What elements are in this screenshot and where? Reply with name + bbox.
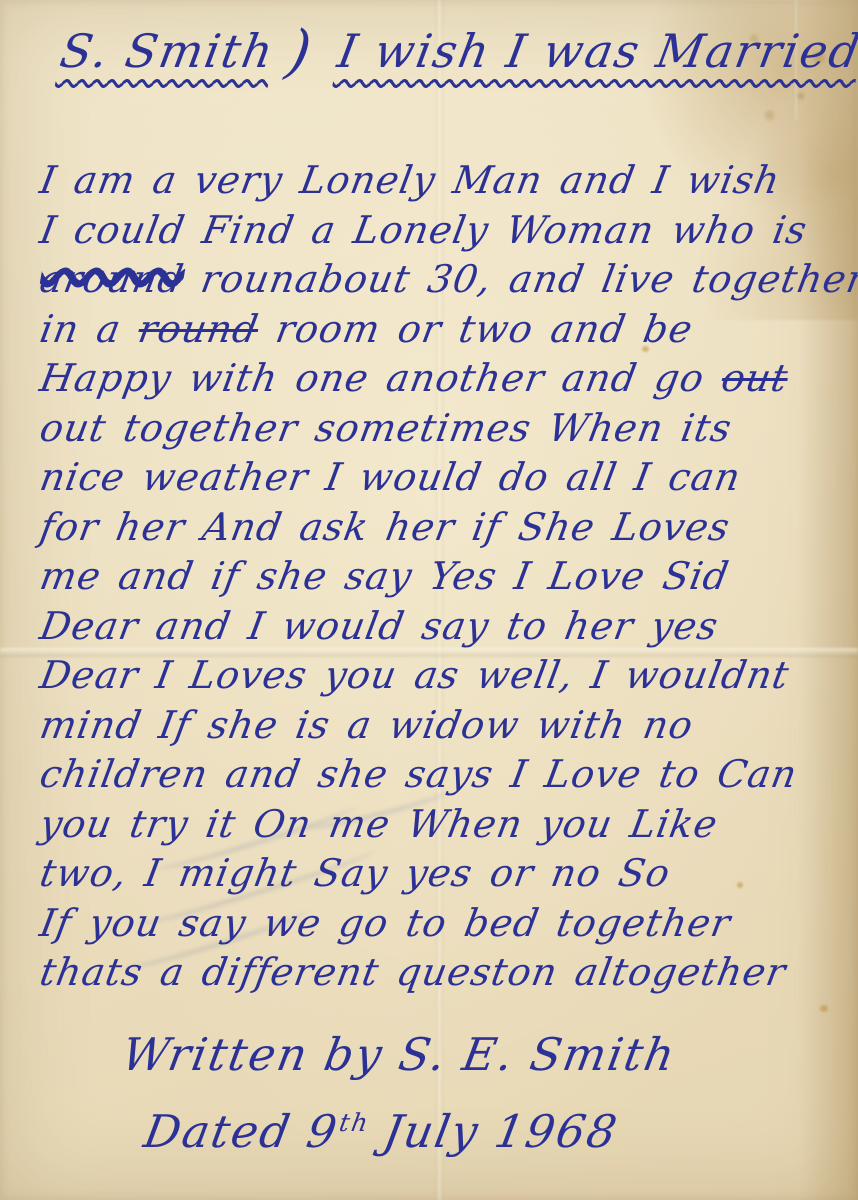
letter-line: in a round room or two and be	[36, 305, 847, 355]
letter-text: mind If she is a widow with no	[37, 703, 697, 747]
letter-line: nice weather I would do all I can	[36, 453, 847, 503]
letter-text: you try it On me When you Like	[37, 802, 722, 846]
letter-text: for her And ask her if She Loves	[37, 505, 734, 549]
letter-text: children and she says I Love to Can	[37, 752, 801, 796]
letter-text: room or two and be	[254, 307, 696, 351]
author-name: S. Smith	[56, 24, 279, 78]
date-rest: July 1968	[363, 1105, 622, 1158]
letter-text: If you say we go to bed together	[37, 901, 735, 945]
letter-body: I am a very Lonely Man and I wishI could…	[36, 156, 838, 998]
letter-text: out together sometimes When its	[37, 406, 736, 450]
letter-line: thats a different queston altogether	[36, 948, 847, 998]
letter-line: children and she says I Love to Can	[36, 750, 847, 800]
bracket-mark: )	[282, 18, 318, 85]
letter-text: I could Find a Lonely Woman who is	[37, 208, 811, 252]
crossed-out-word: around	[37, 257, 188, 301]
letter-line: If you say we go to bed together	[36, 899, 847, 949]
letter-text: nice weather I would do all I can	[37, 455, 745, 499]
letter-text: rounabout 30, and live together	[180, 257, 858, 301]
letter-paper: S. Smith)I wish I was Married I am a ver…	[0, 0, 858, 1200]
letter-text: thats a different queston altogether	[37, 950, 790, 994]
letter-line: Dear and I would say to her yes	[36, 602, 847, 652]
letter-text: I am a very Lonely Man and I wish	[37, 158, 784, 202]
letter-line: I am a very Lonely Man and I wish	[36, 156, 847, 206]
letter-text: two, I might Say yes or no So	[37, 851, 674, 895]
letter-line: you try it On me When you Like	[36, 800, 847, 850]
letter-text: in a	[37, 307, 143, 351]
letter-line: out together sometimes When its	[36, 404, 847, 454]
signature-line: Written by S. E. Smith	[118, 1028, 680, 1081]
letter-text: Happy with one another and go	[37, 356, 726, 400]
ink-spot	[820, 1005, 828, 1012]
letter-text: me and if she say Yes I Love Sid	[37, 554, 733, 598]
letter-title: I wish I was Married	[334, 24, 858, 78]
letter-line: I could Find a Lonely Woman who is	[36, 206, 847, 256]
letter-line: around rounabout 30, and live together	[36, 255, 847, 305]
crossed-out-word: out	[718, 356, 791, 400]
letter-line: mind If she is a widow with no	[36, 701, 847, 751]
crossed-out-word: round	[135, 307, 262, 351]
letter-text: Dear I Loves you as well, I wouldnt	[37, 653, 793, 697]
letter-line: Happy with one another and go out	[36, 354, 847, 404]
letter-line: Dear I Loves you as well, I wouldnt	[36, 651, 847, 701]
letter-text: Dear and I would say to her yes	[37, 604, 722, 648]
date-text: Dated 9	[140, 1105, 343, 1158]
letter-line: for her And ask her if She Loves	[36, 503, 847, 553]
letter-header: S. Smith)I wish I was Married	[55, 18, 858, 85]
letter-line: me and if she say Yes I Love Sid	[36, 552, 847, 602]
date-line: Dated 9th July 1968	[140, 1105, 623, 1158]
letter-line: two, I might Say yes or no So	[36, 849, 847, 899]
